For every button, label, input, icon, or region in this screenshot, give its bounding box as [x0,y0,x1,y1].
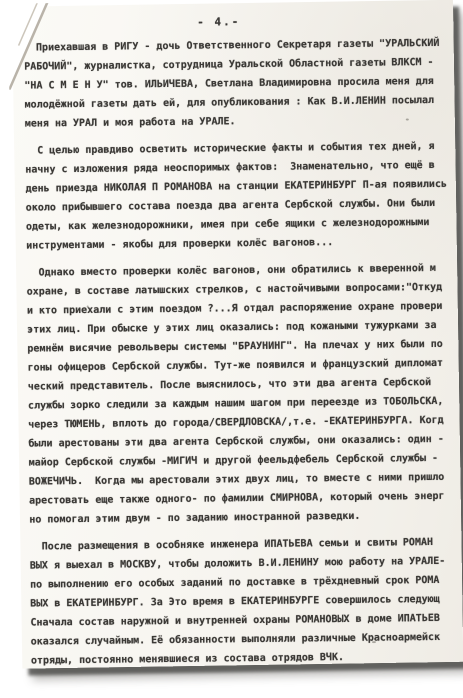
scanned-page: - 4.- Приехавшая в РИГУ - дочь Ответстве… [12,0,463,669]
scan-speck [87,306,89,308]
scan-speck [406,118,409,120]
paragraph: Однако вместо проверки колёс вагонов, он… [26,259,452,530]
paragraph: После размещения в особняке инженера ИПА… [30,533,454,671]
paragraph: Приехавшая в РИГУ - дочь Ответственного … [24,34,448,134]
page-number: - 4.- [22,12,415,31]
scanned-document: - 4.- Приехавшая в РИГУ - дочь Ответстве… [0,0,463,698]
paragraph: С целью правдиво осветить исторические ф… [25,137,449,256]
document-body: Приехавшая в РИГУ - дочь Ответственного … [24,34,454,671]
